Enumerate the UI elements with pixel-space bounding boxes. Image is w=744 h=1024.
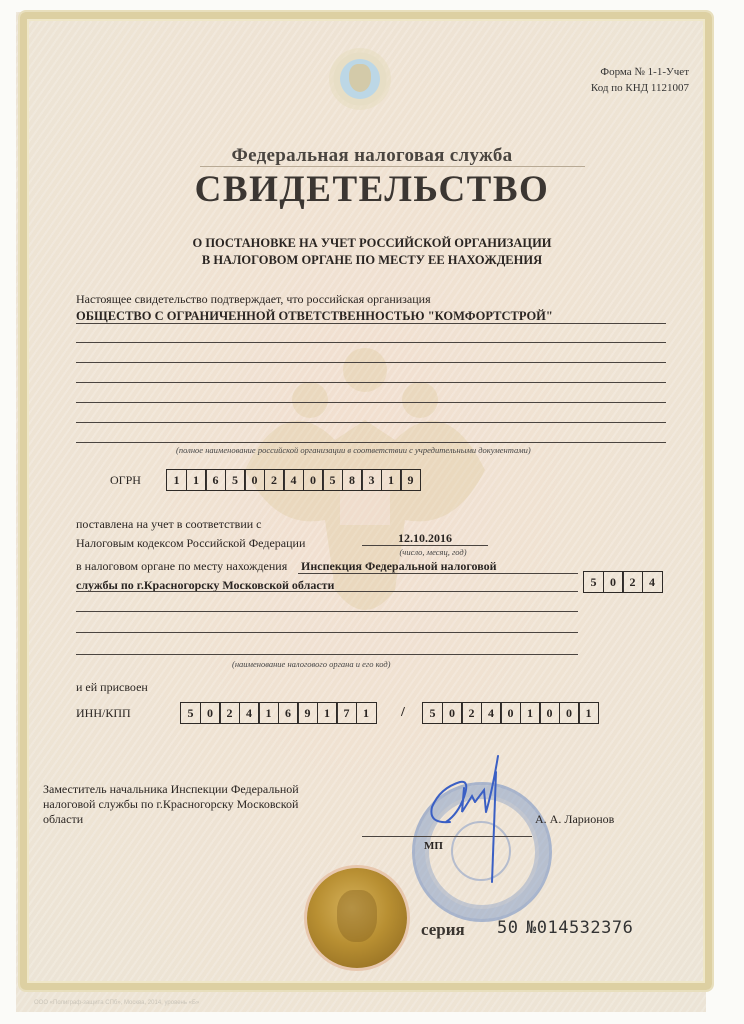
assigned-label: и ей присвоен (76, 680, 148, 695)
digit-cell: 0 (500, 702, 521, 724)
field-line (76, 611, 578, 612)
digit-cell: 4 (239, 702, 260, 724)
subtitle-line-2: В НАЛОГОВОМ ОРГАНЕ ПО МЕСТУ ЕЕ НАХОЖДЕНИ… (0, 252, 744, 269)
digit-cell: 0 (200, 702, 221, 724)
authority-hint: (наименование налогового органа и его ко… (232, 659, 391, 669)
hologram-emblem-icon (329, 48, 391, 110)
digit-cell: 4 (642, 571, 663, 593)
form-code: Форма № 1-1-Учет Код по КНД 1121007 (591, 64, 689, 96)
digit-cell: 0 (303, 469, 324, 491)
digit-cell: 1 (186, 469, 207, 491)
digit-cell: 1 (356, 702, 377, 724)
digit-cell: 1 (578, 702, 599, 724)
digit-cell: 1 (317, 702, 338, 724)
digit-cell: 5 (422, 702, 443, 724)
digit-cell: 1 (520, 702, 541, 724)
document-title: СВИДЕТЕЛЬСТВО (0, 168, 744, 211)
field-line (76, 654, 578, 655)
digit-cell: 2 (219, 702, 240, 724)
digit-cell: 5 (583, 571, 604, 593)
inn-kpp-separator: / (401, 705, 405, 721)
digit-cell: 1 (258, 702, 279, 724)
authority-prefix: в налоговом органе по месту нахождения (76, 559, 287, 574)
field-line (76, 591, 578, 592)
signature-icon (420, 752, 530, 892)
digit-cell: 1 (166, 469, 187, 491)
date-hint: (число, месяц, год) (370, 547, 496, 557)
digit-cell: 5 (322, 469, 343, 491)
digit-cell: 2 (461, 702, 482, 724)
divider (200, 166, 585, 167)
field-line (76, 402, 666, 403)
digit-cell: 5 (180, 702, 201, 724)
position-line-1: Заместитель начальника Инспекции Федерал… (43, 782, 299, 797)
digit-cell: 7 (336, 702, 357, 724)
field-line (76, 632, 578, 633)
printer-note: ООО «Полиграф-защита СПб», Москва, 2014,… (34, 1000, 199, 1006)
inn-cells: 5024169171 (180, 702, 377, 724)
digit-cell: 0 (539, 702, 560, 724)
knd-code: Код по КНД 1121007 (591, 80, 689, 96)
digit-cell: 1 (381, 469, 402, 491)
organization-name: ОБЩЕСТВО С ОГРАНИЧЕННОЙ ОТВЕТСТВЕННОСТЬЮ… (76, 309, 553, 324)
digit-cell: 6 (205, 469, 226, 491)
digit-cell: 8 (342, 469, 363, 491)
serial-series: 50 (497, 918, 518, 938)
signer-name: А. А. Ларионов (535, 812, 614, 827)
serial-number: №014532376 (526, 918, 633, 938)
ogrn-label: ОГРН (110, 473, 141, 488)
registration-date: 12.10.2016 (362, 531, 488, 546)
agency-name: Федеральная налоговая служба (0, 145, 744, 167)
field-line (76, 382, 666, 383)
subtitle-line-1: О ПОСТАНОВКЕ НА УЧЕТ РОССИЙСКОЙ ОРГАНИЗА… (0, 235, 744, 252)
digit-cell: 0 (442, 702, 463, 724)
signer-position: Заместитель начальника Инспекции Федерал… (43, 782, 299, 827)
digit-cell: 0 (244, 469, 265, 491)
field-line (76, 342, 666, 343)
authority-name-part-1: Инспекция Федеральной налоговой (301, 559, 497, 574)
digit-cell: 3 (361, 469, 382, 491)
authority-code-cells: 5024 (583, 571, 663, 593)
position-line-3: области (43, 812, 299, 827)
digit-cell: 6 (278, 702, 299, 724)
field-line (298, 573, 578, 574)
digit-cell: 2 (264, 469, 285, 491)
date-line (362, 545, 488, 546)
field-line (76, 442, 666, 443)
registration-line-1: поставлена на учет в соответствии с (76, 517, 261, 532)
serial-label: серия (421, 920, 465, 940)
digit-cell: 9 (297, 702, 318, 724)
intro-text: Настоящее свидетельство подтверждает, чт… (76, 292, 431, 307)
ogrn-cells: 1165024058319 (166, 469, 421, 491)
field-line (76, 323, 666, 324)
kpp-cells: 502401001 (422, 702, 599, 724)
organization-name-hint: (полное наименование российской организа… (176, 445, 531, 455)
registration-line-2: Налоговым кодексом Российской Федерации (76, 536, 305, 551)
field-line (76, 422, 666, 423)
digit-cell: 0 (603, 571, 624, 593)
digit-cell: 4 (283, 469, 304, 491)
gold-seal-icon (307, 868, 407, 968)
digit-cell: 5 (225, 469, 246, 491)
digit-cell: 9 (400, 469, 421, 491)
digit-cell: 0 (559, 702, 580, 724)
digit-cell: 2 (622, 571, 643, 593)
inn-kpp-label: ИНН/КПП (76, 706, 131, 721)
position-line-2: налоговой службы по г.Красногорску Моско… (43, 797, 299, 812)
digit-cell: 4 (481, 702, 502, 724)
document-subtitle: О ПОСТАНОВКЕ НА УЧЕТ РОССИЙСКОЙ ОРГАНИЗА… (0, 235, 744, 269)
field-line (76, 362, 666, 363)
form-number: Форма № 1-1-Учет (591, 64, 689, 80)
